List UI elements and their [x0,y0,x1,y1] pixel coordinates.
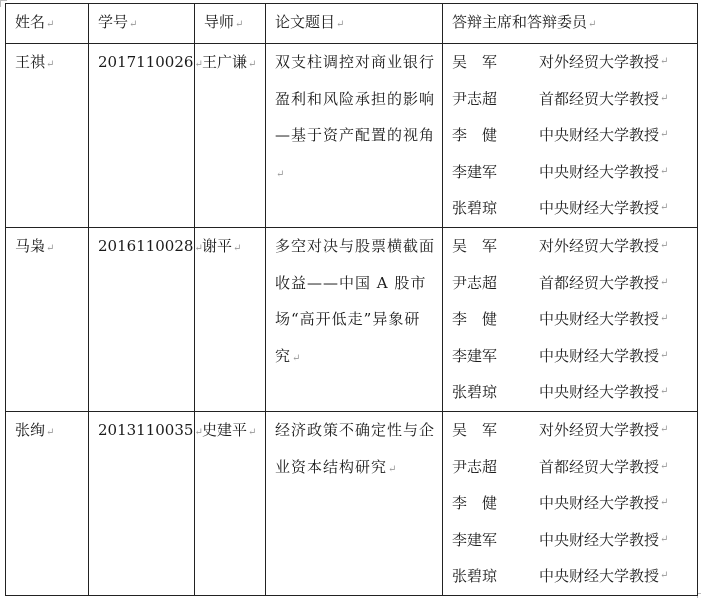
committee-list: 吴 军对外经贸大学教授↵ 尹志超首都经贸大学教授↵ 李 健中央财经大学教授↵ 李… [443,44,698,228]
committee-member: 吴 军对外经贸大学教授↵ [452,228,697,265]
committee-member: 李建军中央财经大学教授↵ [452,154,697,191]
advisor: 王广谦↵ [195,44,266,228]
advisor: 史建平↵ [195,412,266,596]
student-name: 王祺↵ [6,44,89,228]
header-committee: 答辩主席和答辩委员↵ [443,4,698,44]
committee-member: 尹志超首都经贸大学教授↵ [452,265,697,302]
committee-member: 李 健中央财经大学教授↵ [452,117,697,154]
thesis-title: 双支柱调控对商业银行盈利和风险承担的影响—基于资产配置的视角↵ [266,44,443,228]
committee-list: 吴 军对外经贸大学教授↵ 尹志超首都经贸大学教授↵ 李 健中央财经大学教授↵ 李… [443,412,698,596]
committee-member: 李建军中央财经大学教授↵ [452,338,697,375]
committee-member: 尹志超首都经贸大学教授↵ [452,449,697,486]
header-student-id: 学号↵ [89,4,195,44]
committee-member: 吴 军对外经贸大学教授↵ [452,44,697,81]
committee-member: 李 健中央财经大学教授↵ [452,485,697,522]
table-row: 张绚↵ 2013110035↵ 史建平↵ 经济政策不确定性与企业资本结构研究↵ … [6,412,698,596]
table-row: 马枭↵ 2016110028↵ 谢平↵ 多空对决与股票横截面收益——中国 A 股… [6,228,698,412]
table-row: 王祺↵ 2017110026↵ 王广谦↵ 双支柱调控对商业银行盈利和风险承担的影… [6,44,698,228]
committee-list: 吴 军对外经贸大学教授↵ 尹志超首都经贸大学教授↵ 李 健中央财经大学教授↵ 李… [443,228,698,412]
header-advisor: 导师↵ [195,4,266,44]
committee-member: 李 健中央财经大学教授↵ [452,301,697,338]
committee-member: 李建军中央财经大学教授↵ [452,522,697,559]
committee-member: 张碧琼中央财经大学教授↵ [452,190,697,227]
thesis-title: 多空对决与股票横截面收益——中国 A 股市场“高开低走”异象研究↵ [266,228,443,412]
advisor: 谢平↵ [195,228,266,412]
student-name: 张绚↵ [6,412,89,596]
student-id: 2017110026↵ [89,44,195,228]
header-name: 姓名↵ [6,4,89,44]
thesis-defense-table: 姓名↵ 学号↵ 导师↵ 论文题目↵ 答辩主席和答辩委员↵ 王祺↵ 2017110… [5,3,698,596]
committee-member: 张碧琼中央财经大学教授↵ [452,558,697,595]
committee-member: 尹志超首都经贸大学教授↵ [452,81,697,118]
thesis-title: 经济政策不确定性与企业资本结构研究↵ [266,412,443,596]
student-name: 马枭↵ [6,228,89,412]
student-id: 2013110035↵ [89,412,195,596]
student-id: 2016110028↵ [89,228,195,412]
header-thesis-title: 论文题目↵ [266,4,443,44]
table-header-row: 姓名↵ 学号↵ 导师↵ 论文题目↵ 答辩主席和答辩委员↵ [6,4,698,44]
committee-member: 吴 军对外经贸大学教授↵ [452,412,697,449]
committee-member: 张碧琼中央财经大学教授↵ [452,374,697,411]
